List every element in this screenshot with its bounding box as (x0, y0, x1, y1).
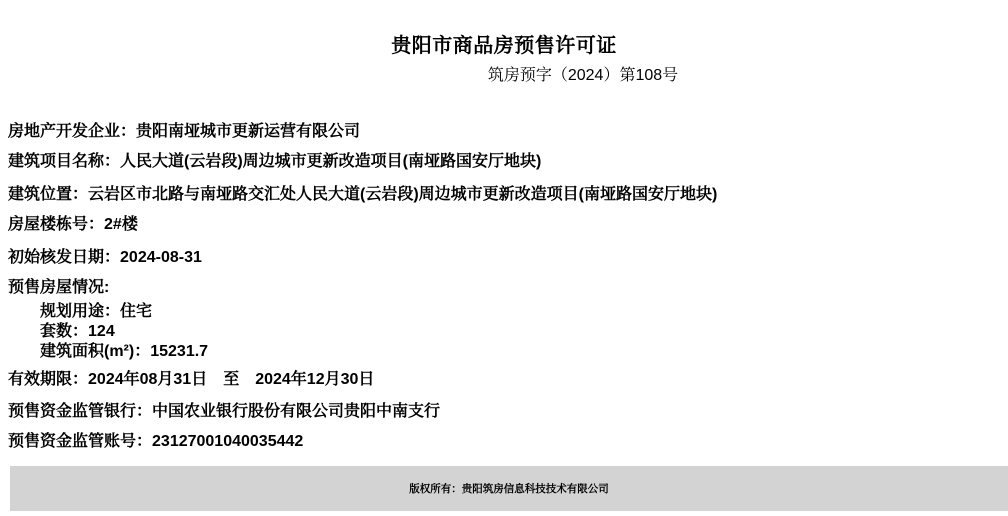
presale-floor-area-label: 建筑面积(m²)： (40, 343, 150, 360)
field-project-name: 建筑项目名称：人民大道(云岩段)周边城市更新改造项目(南垭路国安厅地块) (8, 151, 541, 172)
field-developer-label: 房地产开发企业： (8, 123, 136, 140)
page-title: 贵阳市商品房预售许可证 (0, 34, 1008, 58)
field-project-name-label: 建筑项目名称： (8, 153, 120, 170)
presale-unit-count-value: 124 (88, 323, 115, 340)
field-initial-issue-date: 初始核发日期：2024-08-31 (8, 247, 202, 268)
field-supervision-bank-label: 预售资金监管银行： (8, 403, 152, 420)
presale-unit-count-label: 套数： (40, 323, 88, 340)
field-building-number-label: 房屋楼栋号： (8, 216, 104, 233)
field-supervision-bank-value: 中国农业银行股份有限公司贵阳中南支行 (152, 403, 440, 420)
presale-unit-count: 套数：124 (40, 321, 115, 342)
field-validity-period-label: 有效期限： (8, 371, 88, 388)
field-supervision-account-label: 预售资金监管账号： (8, 433, 152, 450)
doc-number: 筑房预字（2024）第108号 (0, 65, 1008, 86)
field-project-name-value: 人民大道(云岩段)周边城市更新改造项目(南垭路国安厅地块) (120, 153, 541, 170)
field-building-number: 房屋楼栋号：2#楼 (8, 214, 138, 235)
presale-floor-area-value: 15231.7 (150, 343, 208, 360)
footer-bar: 版权所有：贵阳筑房信息科技技术有限公司 (10, 466, 1008, 511)
field-supervision-account: 预售资金监管账号：23127001040035442 (8, 431, 303, 452)
presale-floor-area: 建筑面积(m²)：15231.7 (40, 341, 208, 362)
field-supervision-account-value: 23127001040035442 (152, 433, 303, 450)
field-location: 建筑位置：云岩区市北路与南垭路交汇处人民大道(云岩段)周边城市更新改造项目(南垭… (8, 184, 717, 205)
field-validity-period: 有效期限：2024年08月31日 至 2024年12月30日 (8, 369, 374, 390)
field-developer: 房地产开发企业：贵阳南垭城市更新运营有限公司 (8, 121, 360, 142)
field-validity-period-value: 2024年08月31日 至 2024年12月30日 (88, 371, 374, 388)
field-initial-issue-date-value: 2024-08-31 (120, 249, 202, 266)
presale-section-heading: 预售房屋情况: (8, 277, 109, 298)
presale-planned-use: 规划用途：住宅 (40, 301, 152, 322)
field-location-value: 云岩区市北路与南垭路交汇处人民大道(云岩段)周边城市更新改造项目(南垭路国安厅地… (88, 186, 717, 203)
presale-planned-use-label: 规划用途： (40, 303, 120, 320)
field-developer-value: 贵阳南垭城市更新运营有限公司 (136, 123, 360, 140)
field-supervision-bank: 预售资金监管银行：中国农业银行股份有限公司贵阳中南支行 (8, 401, 440, 422)
field-building-number-value: 2#楼 (104, 216, 138, 233)
field-initial-issue-date-label: 初始核发日期： (8, 249, 120, 266)
presale-planned-use-value: 住宅 (120, 303, 152, 320)
presale-permit-page: 贵阳市商品房预售许可证 筑房预字（2024）第108号 房地产开发企业：贵阳南垭… (0, 0, 1008, 516)
footer-copyright: 版权所有：贵阳筑房信息科技技术有限公司 (409, 481, 609, 496)
field-location-label: 建筑位置： (8, 186, 88, 203)
